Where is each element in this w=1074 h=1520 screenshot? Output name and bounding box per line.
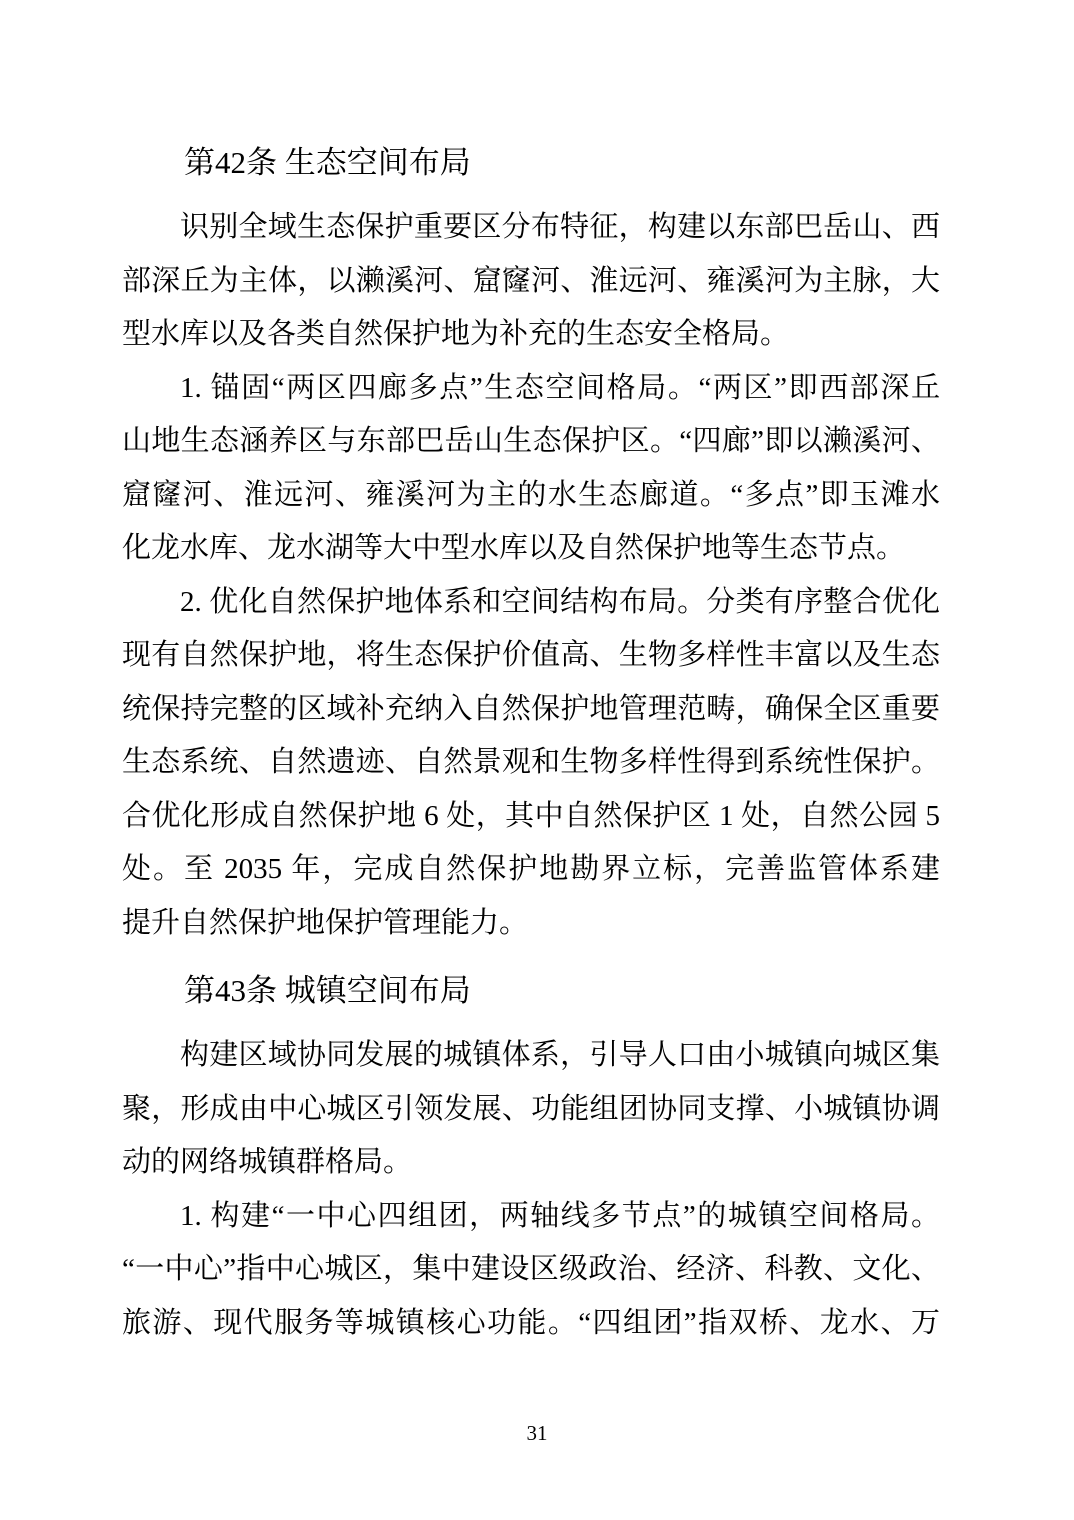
article-43-heading: 第43条 城镇空间布局 (122, 964, 940, 1017)
text-line: 统保持完整的区域补充纳入自然保护地管理范畴，确保全区重要 (122, 683, 940, 737)
paragraph-town-intro: 构建区域协同发展的城镇体系，引导人口由小城镇向城区集 聚，形成由中心城区引领发展… (122, 1029, 940, 1190)
paragraph-town-item-1: 1. 构建“一中心四组团，两轴线多节点”的城镇空间格局。 “一中心”指中心城区，… (122, 1190, 940, 1351)
text-line: 生态系统、自然遗迹、自然景观和生物多样性得到系统性保护。整 (122, 736, 940, 790)
text-line: 旅游、现代服务等城镇核心功能。“四组团”指双桥、龙水、万古、 (122, 1297, 940, 1351)
text-line: 提升自然保护地保护管理能力。 (122, 897, 940, 951)
text-line: 1. 构建“一中心四组团，两轴线多节点”的城镇空间格局。 (122, 1190, 940, 1244)
text-line: 处。至 2035 年，完成自然保护地勘界立标，完善监管体系建设， (122, 843, 940, 897)
text-line: 化龙水库、龙水湖等大中型水库以及自然保护地等生态节点。 (122, 522, 940, 576)
paragraph-eco-intro: 识别全域生态保护重要区分布特征，构建以东部巴岳山、西北 部深丘为主体，以濑溪河、… (122, 201, 940, 362)
paragraph-eco-item-2: 2. 优化自然保护地体系和空间结构布局。分类有序整合优化 现有自然保护地，将生态… (122, 576, 940, 951)
text-line: 1. 锚固“两区四廊多点”生态空间格局。“两区”即西部深丘 (122, 362, 940, 416)
text-line: 山地生态涵养区与东部巴岳山生态保护区。“四廊”即以濑溪河、 (122, 415, 940, 469)
text-line: 合优化形成自然保护地 6 处，其中自然保护区 1 处，自然公园 5 (122, 790, 940, 844)
paragraph-eco-item-1: 1. 锚固“两区四廊多点”生态空间格局。“两区”即西部深丘 山地生态涵养区与东部… (122, 362, 940, 576)
text-line: 构建区域协同发展的城镇体系，引导人口由小城镇向城区集 (122, 1029, 940, 1083)
text-line: 聚，形成由中心城区引领发展、功能组团协同支撑、小城镇协调联 (122, 1083, 940, 1137)
text-line: 窟窿河、淮远河、雍溪河为主的水生态廊道。“多点”即玉滩水库、 (122, 469, 940, 523)
text-line: 2. 优化自然保护地体系和空间结构布局。分类有序整合优化 (122, 576, 940, 630)
page-number: 31 (0, 1421, 1074, 1445)
text-line: 识别全域生态保护重要区分布特征，构建以东部巴岳山、西北 (122, 201, 940, 255)
article-42-heading: 第42条 生态空间布局 (122, 136, 940, 189)
text-line: 现有自然保护地，将生态保护价值高、生物多样性丰富以及生态系 (122, 629, 940, 683)
text-line: 型水库以及各类自然保护地为补充的生态安全格局。 (122, 308, 940, 362)
document-page-content: 第42条 生态空间布局 识别全域生态保护重要区分布特征，构建以东部巴岳山、西北 … (122, 136, 940, 1350)
text-line: 部深丘为主体，以濑溪河、窟窿河、淮远河、雍溪河为主脉，大中 (122, 255, 940, 309)
text-line: “一中心”指中心城区，集中建设区级政治、经济、科教、文化、 (122, 1243, 940, 1297)
text-line: 动的网络城镇群格局。 (122, 1136, 940, 1190)
